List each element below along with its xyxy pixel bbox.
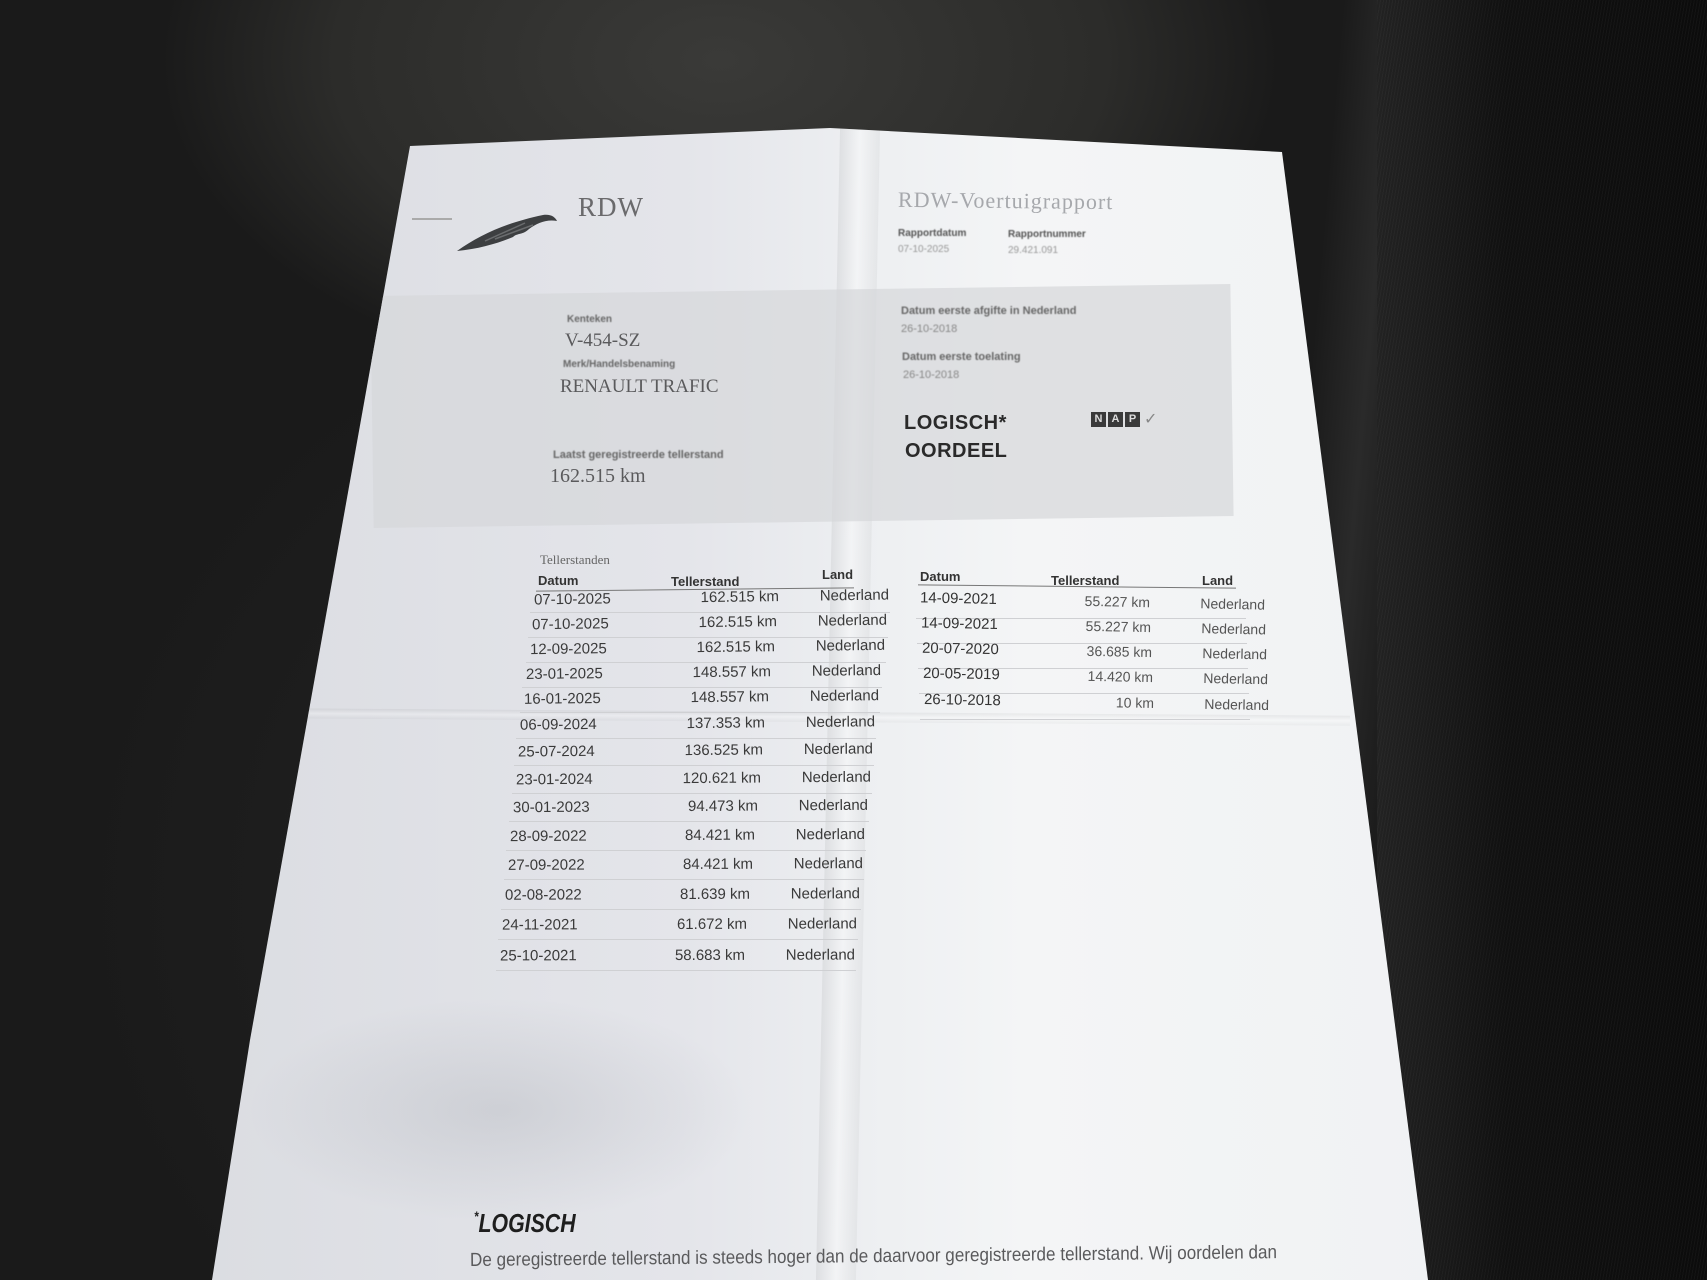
row-date: 25-10-2021 (500, 947, 630, 964)
row-odometer: 120.621 km (646, 769, 761, 787)
table-row: 14-09-202155.227 kmNederland (920, 589, 1265, 613)
row-divider (501, 909, 861, 910)
report-title: RDW-Voertuigrapport (898, 187, 1114, 215)
rapportnummer-value: 29.421.091 (1008, 245, 1058, 256)
row-country: Nederland (765, 713, 875, 731)
row-date: 24-11-2021 (502, 916, 632, 933)
footnote-title: *LOGISCH (474, 1208, 576, 1239)
row-odometer: 84.421 km (640, 827, 755, 845)
table-row: 25-10-202158.683 kmNederland (500, 947, 855, 965)
row-odometer: 136.525 km (648, 741, 763, 759)
table-row: 23-01-2024120.621 kmNederland (516, 769, 871, 789)
row-date: 20-07-2020 (922, 640, 1052, 659)
row-divider (512, 793, 872, 794)
table-row: 30-01-202394.473 kmNederland (513, 797, 868, 816)
row-odometer: 10 km (1054, 693, 1154, 712)
last-odometer-value: 162.515 km (550, 465, 646, 488)
logo-line (412, 218, 452, 220)
left-col-datum: Datum (538, 573, 578, 588)
row-country: Nederland (745, 947, 855, 964)
row-odometer: 162.515 km (660, 638, 775, 656)
row-date: 20-05-2019 (923, 665, 1053, 684)
rdw-logo-icon (455, 205, 560, 255)
row-date: 14-09-2021 (920, 589, 1050, 609)
row-country: Nederland (758, 797, 868, 815)
row-odometer: 84.421 km (638, 856, 753, 874)
merk-value: RENAULT TRAFIC (560, 376, 719, 398)
nap-letter-a: A (1108, 412, 1123, 427)
row-odometer: 148.557 km (656, 663, 771, 681)
rapportdatum-label: Rapportdatum (898, 228, 966, 239)
row-divider (516, 738, 876, 739)
table-row: 26-10-201810 kmNederland (924, 691, 1269, 714)
last-odometer-label: Laatst geregistreerde tellerstand (553, 449, 724, 461)
row-odometer: 14.420 km (1053, 667, 1153, 686)
row-divider (506, 850, 866, 851)
nap-letter-n: N (1091, 412, 1106, 427)
verdict-line2: OORDEEL (905, 440, 1007, 463)
row-odometer: 55.227 km (1050, 592, 1150, 611)
row-date: 23-01-2025 (526, 665, 656, 683)
rapportdatum-value: 07-10-2025 (898, 244, 949, 255)
row-odometer: 36.685 km (1052, 642, 1152, 661)
first-issue-nl-label: Datum eerste afgifte in Nederland (901, 305, 1076, 317)
row-date: 12-09-2025 (530, 640, 660, 659)
table-title: Tellerstanden (540, 552, 610, 568)
row-date: 06-09-2024 (520, 715, 650, 733)
row-odometer: 148.557 km (654, 688, 769, 706)
row-date: 02-08-2022 (505, 886, 635, 904)
first-admission-label: Datum eerste toelating (902, 351, 1021, 363)
row-country: Nederland (779, 587, 889, 606)
right-col-land: Land (1202, 573, 1233, 588)
rapportnummer-label: Rapportnummer (1008, 229, 1086, 240)
row-country: Nederland (1152, 644, 1267, 663)
footnote-title-text: LOGISCH (478, 1208, 575, 1238)
nap-logo: N A P ✓ (1091, 409, 1157, 429)
table-row: 28-09-202284.421 kmNederland (510, 826, 865, 845)
row-country: Nederland (750, 885, 860, 902)
row-country: Nederland (777, 612, 887, 630)
checkmark-icon: ✓ (1144, 409, 1157, 429)
row-date: 28-09-2022 (510, 827, 640, 845)
left-col-land: Land (822, 567, 853, 582)
row-country: Nederland (755, 826, 865, 844)
verdict-line1: LOGISCH* (904, 412, 1007, 435)
row-date: 23-01-2024 (516, 770, 646, 788)
first-admission-value: 26-10-2018 (903, 369, 959, 381)
table-row: 24-11-202161.672 kmNederland (502, 915, 857, 933)
logo-text: RDW (578, 192, 644, 223)
row-divider (496, 970, 856, 971)
row-divider (498, 939, 858, 940)
table-row: 25-07-2024136.525 kmNederland (518, 740, 873, 760)
row-divider (514, 765, 874, 766)
table-row: 27-09-202284.421 kmNederland (508, 855, 863, 874)
row-odometer: 94.473 km (643, 798, 758, 816)
row-odometer: 162.515 km (664, 588, 779, 607)
row-date: 25-07-2024 (518, 742, 648, 760)
row-odometer: 162.515 km (662, 613, 777, 632)
row-country: Nederland (1153, 669, 1268, 688)
row-country: Nederland (775, 637, 885, 655)
vehicle-summary-band (370, 284, 1233, 528)
table-row: 06-09-2024137.353 kmNederland (520, 713, 875, 733)
row-date: 14-09-2021 (921, 615, 1051, 635)
row-divider (509, 821, 869, 822)
row-odometer: 61.672 km (632, 916, 747, 933)
row-date: 16-01-2025 (524, 689, 654, 707)
row-country: Nederland (769, 687, 879, 705)
merk-label: Merk/Handelsbenaming (563, 359, 675, 370)
row-country: Nederland (1154, 695, 1269, 714)
right-col-datum: Datum (920, 569, 960, 584)
row-divider (920, 719, 1250, 720)
row-country: Nederland (771, 662, 881, 680)
row-country: Nederland (761, 769, 871, 787)
row-date: 27-09-2022 (508, 856, 638, 874)
row-odometer: 81.639 km (635, 886, 750, 904)
row-odometer: 55.227 km (1051, 617, 1151, 636)
left-col-tellerstand: Tellerstand (671, 574, 739, 589)
row-country: Nederland (747, 915, 857, 932)
row-country: Nederland (763, 740, 873, 758)
row-divider (504, 879, 864, 880)
row-date: 30-01-2023 (513, 798, 643, 816)
row-date: 07-10-2025 (534, 590, 664, 609)
table-row: 16-01-2025148.557 kmNederland (524, 687, 879, 708)
row-date: 26-10-2018 (924, 691, 1054, 710)
row-odometer: 58.683 km (630, 947, 745, 964)
row-country: Nederland (753, 855, 863, 873)
kenteken-label: Kenteken (567, 314, 612, 325)
row-odometer: 137.353 km (650, 714, 765, 732)
table-row: 02-08-202281.639 kmNederland (505, 885, 860, 904)
row-date: 07-10-2025 (532, 615, 662, 634)
row-country: Nederland (1151, 619, 1266, 638)
row-country: Nederland (1150, 594, 1265, 613)
nap-letter-p: P (1125, 412, 1140, 427)
seat-cushion-right (1377, 0, 1707, 1280)
first-issue-nl-value: 26-10-2018 (901, 323, 957, 335)
kenteken-value: V-454-SZ (565, 330, 640, 352)
